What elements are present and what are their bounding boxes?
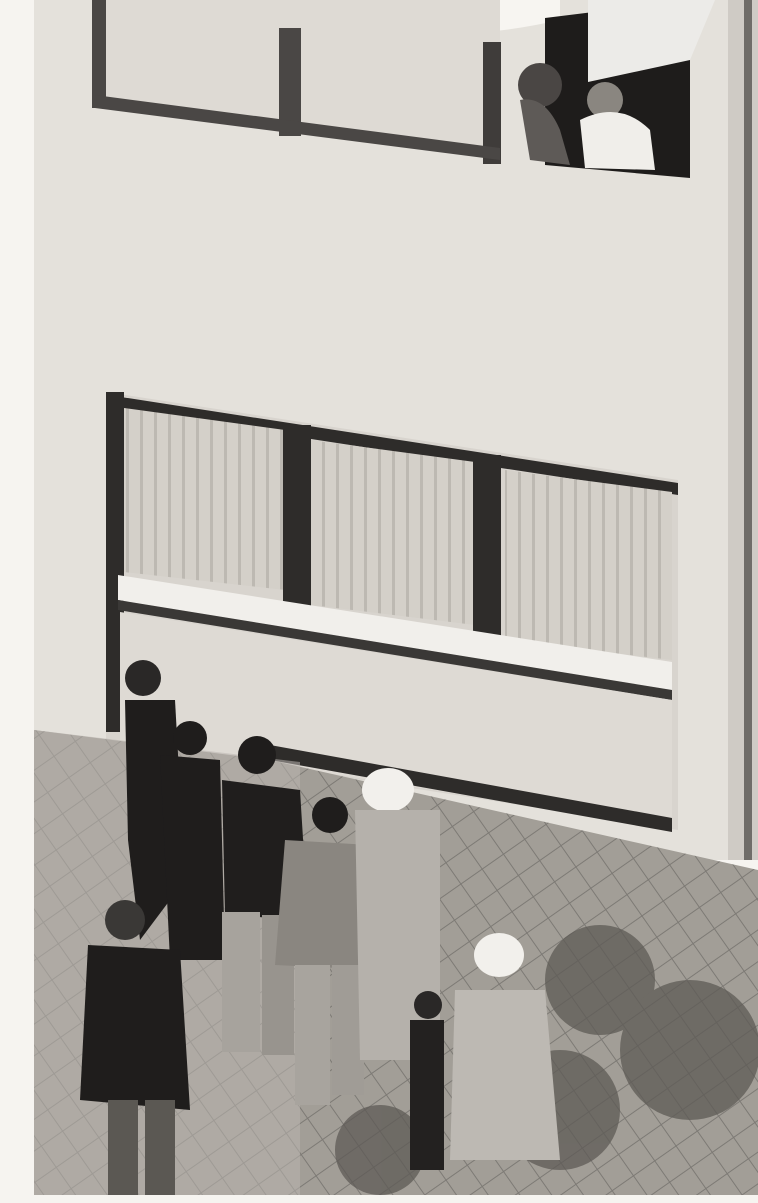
archival-photo [0,0,758,1203]
upper-window-figures [518,0,715,178]
photo-scene [0,0,758,1203]
